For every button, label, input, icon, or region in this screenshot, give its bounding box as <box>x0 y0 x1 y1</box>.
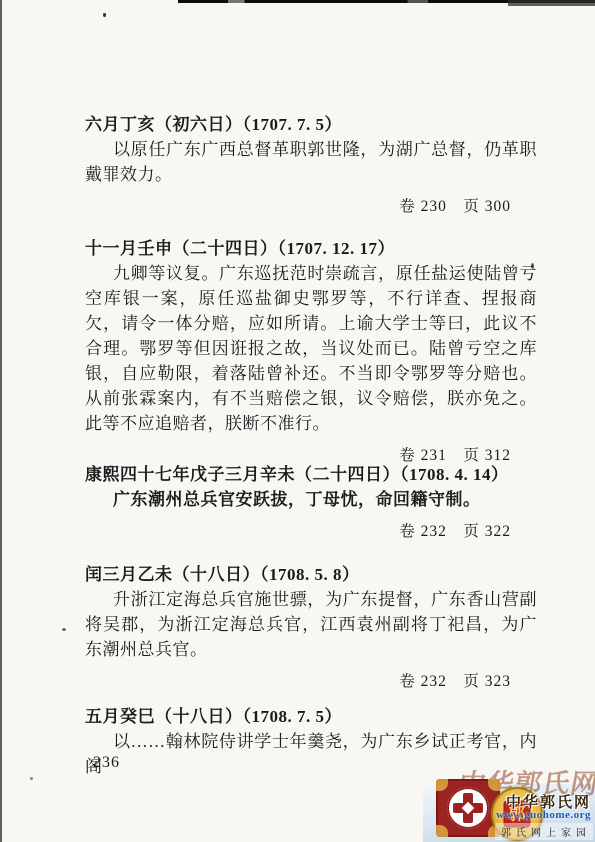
entry-body-text: 广东潮州总兵官安跃拔，丁母忧，命回籍守制。 <box>85 487 537 512</box>
entry-source-reference: 卷 232 页 323 <box>85 672 537 692</box>
site-watermark: 中华郭氏网 郭 中华郭氏网 www.guohome.org 郭氏网上家园 <box>417 770 595 842</box>
scan-speck <box>30 777 33 780</box>
seal-corner-ornament <box>436 825 448 837</box>
record-entry: 康熙四十七年戊子三月辛未（二十四日）（1708. 4. 14） 广东潮州总兵官安… <box>85 462 537 542</box>
entry-body-text: 升浙江定海总兵官施世骠，为广东提督，广东香山营副将吴郡，为浙江定海总兵官，江西袁… <box>85 587 537 662</box>
watermark-url: www.guohome.org <box>496 809 591 821</box>
entry-date-heading: 六月丁亥（初六日）（1707. 7. 5） <box>85 112 537 137</box>
scan-artifact-left-edge <box>0 0 2 842</box>
seal-corner-ornament <box>488 779 500 791</box>
record-entry: 五月癸巳（十八日）（1708. 7. 5） 以……翰林院侍讲学士年羹尧，为广东乡… <box>85 704 537 779</box>
record-entry: 十一月壬申（二十四日）（1707. 12. 17） 九卿等议复。广东巡抚范时崇疏… <box>85 236 537 466</box>
entry-body-text: 以原任广东广西总督革职郭世隆，为湖广总督，仍革职戴罪效力。 <box>85 137 537 187</box>
page-number: 236 <box>93 754 120 772</box>
scanned-document-page: { "page": { "number": "236", "entries": … <box>0 0 595 842</box>
record-entry: 六月丁亥（初六日）（1707. 7. 5） 以原任广东广西总督革职郭世隆，为湖广… <box>85 112 537 217</box>
entry-source-reference: 卷 232 页 322 <box>85 522 537 542</box>
scan-speck <box>103 13 106 17</box>
scan-artifact-top-blob <box>508 0 595 6</box>
record-entry: 闰三月乙未（十八日）（1708. 5. 8） 升浙江定海总兵官施世骠，为广东提督… <box>85 562 537 692</box>
entry-date-heading: 五月癸巳（十八日）（1708. 7. 5） <box>85 704 537 729</box>
seal-logo-icon <box>436 779 500 837</box>
entry-body-text: 九卿等议复。广东巡抚范时崇疏言，原任盐运使陆曾亏空库银一案，原任巡盐御史鄂罗等，… <box>85 261 537 436</box>
entry-date-heading: 康熙四十七年戊子三月辛未（二十四日）（1708. 4. 14） <box>85 462 537 487</box>
seal-emblem-disc <box>447 787 489 829</box>
seal-corner-ornament <box>436 779 448 791</box>
entry-date-heading: 闰三月乙未（十八日）（1708. 5. 8） <box>85 562 537 587</box>
scan-speck <box>62 628 66 631</box>
watermark-tagline: 郭氏网上家园 <box>495 823 593 840</box>
entry-date-heading: 十一月壬申（二十四日）（1707. 12. 17） <box>85 236 537 261</box>
entry-source-reference: 卷 230 页 300 <box>85 197 537 217</box>
